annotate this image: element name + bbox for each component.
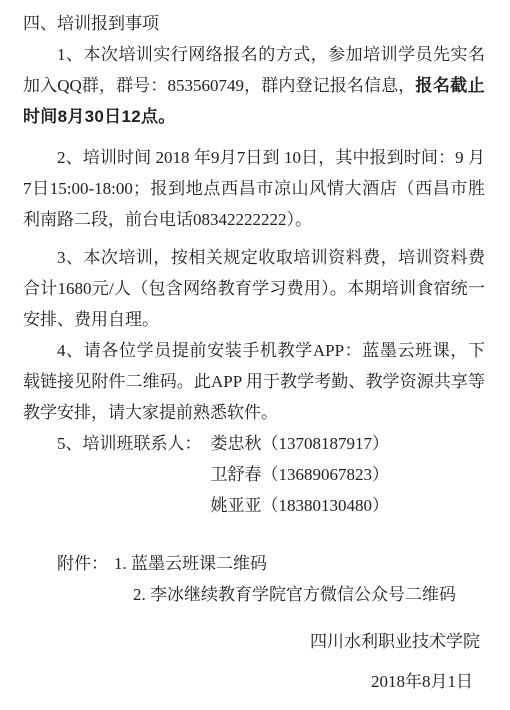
document-date: 2018年8月1日 bbox=[23, 666, 485, 697]
paragraph-app: 4、请各位学员提前安装手机教学APP：蓝墨云班课，下载链接见附件二维码。此APP… bbox=[23, 335, 485, 428]
contacts-label: 5、培训班联系人： bbox=[23, 428, 202, 459]
paragraph-schedule: 2、培训时间 2018 年9月7日到 10日，其中报到时间：9 月7日15:00… bbox=[23, 142, 485, 235]
paragraph-fees: 3、本次培训，按相关规定收取培训资料费，培训资料费合计1680元/人（包含网络教… bbox=[23, 242, 485, 335]
attachment-item: 1. 蓝墨云班课二维码 bbox=[114, 554, 267, 573]
contact-person: 姚亚亚（18380130480） bbox=[211, 490, 390, 521]
contacts-list: 娄忠秋（13708187917） 卫舒春（13689067823） 姚亚亚（18… bbox=[211, 428, 390, 521]
contact-person: 卫舒春（13689067823） bbox=[211, 459, 390, 490]
attachment-row-1: 附件：1. 蓝墨云班课二维码 bbox=[23, 548, 485, 579]
signature-organization: 四川水利职业技术学院 bbox=[23, 626, 485, 657]
section-heading: 四、培训报到事项 bbox=[23, 8, 485, 39]
contact-person: 娄忠秋（13708187917） bbox=[211, 428, 390, 459]
contacts-block: 5、培训班联系人： 娄忠秋（13708187917） 卫舒春（136890678… bbox=[23, 428, 485, 521]
attachments-label: 附件： bbox=[57, 554, 108, 573]
document-page: 四、培训报到事项 1、本次培训实行网络报名的方式，参加培训学员先实名加入QQ群，… bbox=[0, 0, 510, 710]
paragraph-registration: 1、本次培训实行网络报名的方式，参加培训学员先实名加入QQ群，群号：853560… bbox=[23, 39, 485, 132]
attachments-block: 附件：1. 蓝墨云班课二维码 2. 李冰继续教育学院官方微信公众号二维码 bbox=[23, 548, 485, 610]
attachment-item: 2. 李冰继续教育学院官方微信公众号二维码 bbox=[23, 579, 485, 610]
